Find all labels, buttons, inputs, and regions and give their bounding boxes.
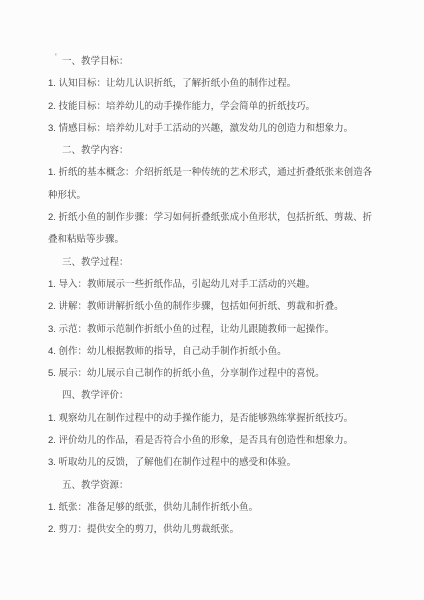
document-content: 一、教学目标： 1. 认知目标：让幼儿认识折纸，了解折纸小鱼的制作过程。 2. … xyxy=(0,51,424,542)
list-item: 4. 创作：幼儿根据教师的指导，自己动手制作折纸小鱼。 xyxy=(0,341,424,363)
list-item: 3. 听取幼儿的反馈，了解他们在制作过程中的感受和体验。 xyxy=(0,452,424,474)
list-item: 2. 评价幼儿的作品，看是否符合小鱼的形象，是否具有创造性和想象力。 xyxy=(0,430,424,452)
list-item: 3. 示范：教师示范制作折纸小鱼的过程，让幼儿跟随教师一起操作。 xyxy=(0,319,424,341)
section-teaching-objectives: 一、教学目标： 1. 认知目标：让幼儿认识折纸，了解折纸小鱼的制作过程。 2. … xyxy=(0,51,424,140)
lesson-plan-page: ' 一、教学目标： 1. 认知目标：让幼儿认识折纸，了解折纸小鱼的制作过程。 2… xyxy=(0,0,424,600)
list-item: 3. 情感目标：培养幼儿对手工活动的兴趣，激发幼儿的创造力和想象力。 xyxy=(0,118,424,140)
section-heading: 三、教学过程： xyxy=(0,252,424,274)
list-item: 1. 导入：教师展示一些折纸作品，引起幼儿对手工活动的兴趣。 xyxy=(0,274,424,296)
list-item: 1. 折纸的基本概念：介绍折纸是一种传统的艺术形式，通过折叠纸张来创造各种形状。 xyxy=(0,162,424,207)
list-item: 1. 纸张：准备足够的纸张，供幼儿制作折纸小鱼。 xyxy=(0,497,424,519)
list-item: 5. 展示：幼儿展示自己制作的折纸小鱼，分享制作过程中的喜悦。 xyxy=(0,363,424,385)
section-heading: 一、教学目标： xyxy=(0,51,424,73)
section-heading: 二、教学内容： xyxy=(0,140,424,162)
list-item: 2. 技能目标：培养幼儿的动手操作能力，学会简单的折纸技巧。 xyxy=(0,96,424,118)
section-teaching-content: 二、教学内容： 1. 折纸的基本概念：介绍折纸是一种传统的艺术形式，通过折叠纸张… xyxy=(0,140,424,251)
section-heading: 五、教学资源： xyxy=(0,475,424,497)
section-heading: 四、教学评价： xyxy=(0,385,424,407)
section-teaching-resources: 五、教学资源： 1. 纸张：准备足够的纸张，供幼儿制作折纸小鱼。 2. 剪刀：提… xyxy=(0,475,424,542)
list-item: 2. 折纸小鱼的制作步骤：学习如何折叠纸张成小鱼形状，包括折纸、剪裁、折叠和粘贴… xyxy=(0,207,424,252)
list-item: 2. 讲解：教师讲解折纸小鱼的制作步骤，包括如何折纸、剪裁和折叠。 xyxy=(0,296,424,318)
list-item: 1. 认知目标：让幼儿认识折纸，了解折纸小鱼的制作过程。 xyxy=(0,73,424,95)
section-teaching-evaluation: 四、教学评价： 1. 观察幼儿在制作过程中的动手操作能力，是否能够熟练掌握折纸技… xyxy=(0,385,424,474)
section-teaching-process: 三、教学过程： 1. 导入：教师展示一些折纸作品，引起幼儿对手工活动的兴趣。 2… xyxy=(0,252,424,386)
list-item: 1. 观察幼儿在制作过程中的动手操作能力，是否能够熟练掌握折纸技巧。 xyxy=(0,408,424,430)
list-item: 2. 剪刀：提供安全的剪刀，供幼儿剪裁纸张。 xyxy=(0,519,424,541)
